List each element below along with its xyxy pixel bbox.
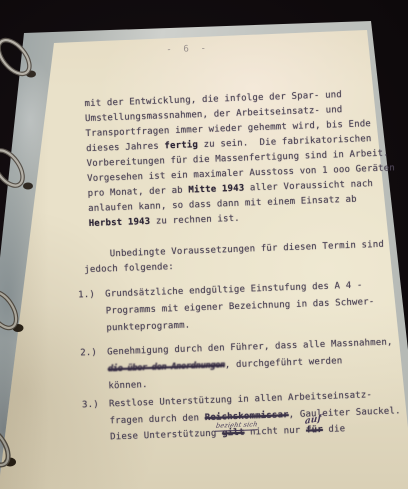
crossed-out-text: die über den Anordnungen [108,360,225,374]
text-segment: Programms mit eigener Bezeichnung in das… [106,297,375,316]
correction-group: fürauf [306,425,323,436]
typewritten-line: Unbedingte Voraussetzungen für diesen Te… [110,240,385,260]
list-item-number: 1.) [78,290,95,301]
emphasized-word: fertig [164,140,198,151]
text-segment: 2.) [80,348,97,359]
text-segment: aller Voraussicht nach [244,179,373,193]
crossed-out-word: für [306,425,323,436]
typewritten-line: die über den Anordnungen, durchgeführt w… [108,356,343,374]
correction-group: giltbezieht sich [222,428,245,439]
museum-photo-frame: - 6 - mit der Entwicklung, die infolge d… [0,0,408,489]
list-item-number: 2.) [80,348,97,359]
text-segment: die [323,424,346,435]
text-segment: , durchgeführt werden [225,356,343,370]
typewritten-text: - 6 - mit der Entwicklung, die infolge d… [0,0,408,489]
typewritten-line: Grundsätzliche endgültige Einstufung des… [105,281,363,300]
text-segment: können. [108,380,148,391]
text-segment: pro Monat, der ab [88,186,189,200]
text-segment: Grundsätzliche endgültige Einstufung des… [105,281,363,300]
typewritten-line: Diese Unterstützung giltbezieht sich nic… [110,424,345,442]
typewritten-line: jedoch folgende: [84,262,174,275]
emphasized-word: Herbst 1943 [89,217,151,229]
text-segment: 1.) [78,290,95,301]
text-segment: zu rechnen ist. [150,214,240,227]
typewritten-line: Programms mit eigener Bezeichnung in das… [106,297,375,316]
typewritten-line: Restlose Unterstützung in allen Arbeitse… [109,390,372,409]
text-segment: Restlose Unterstützung in allen Arbeitse… [109,390,372,409]
text-segment: jedoch folgende: [84,262,174,275]
list-item-number: 3.) [82,400,99,411]
text-segment: Diese Unterstützung [110,428,222,442]
typewritten-line: punkteprogramm. [106,321,190,334]
text-segment: punkteprogramm. [106,321,190,334]
text-segment: zu sein. Die fabrikatorischen [198,134,372,150]
handwritten-annotation: bezieht sich [215,419,259,432]
typewritten-line: Herbst 1943 zu rechnen ist. [89,214,240,229]
typewritten-line: Genehmigung durch den Führer, dass alle … [107,337,393,357]
text-segment: 3.) [82,400,99,411]
text-segment: fragen durch den [109,413,204,426]
text-segment: Genehmigung durch den Führer, dass alle … [107,337,393,357]
text-segment: dieses Jahres [86,141,165,154]
emphasized-word: Mitte 1943 [188,184,244,196]
typewritten-line: können. [108,380,148,391]
page-number: - 6 - [143,43,233,56]
text-segment: Unbedingte Voraussetzungen für diesen Te… [110,240,385,260]
